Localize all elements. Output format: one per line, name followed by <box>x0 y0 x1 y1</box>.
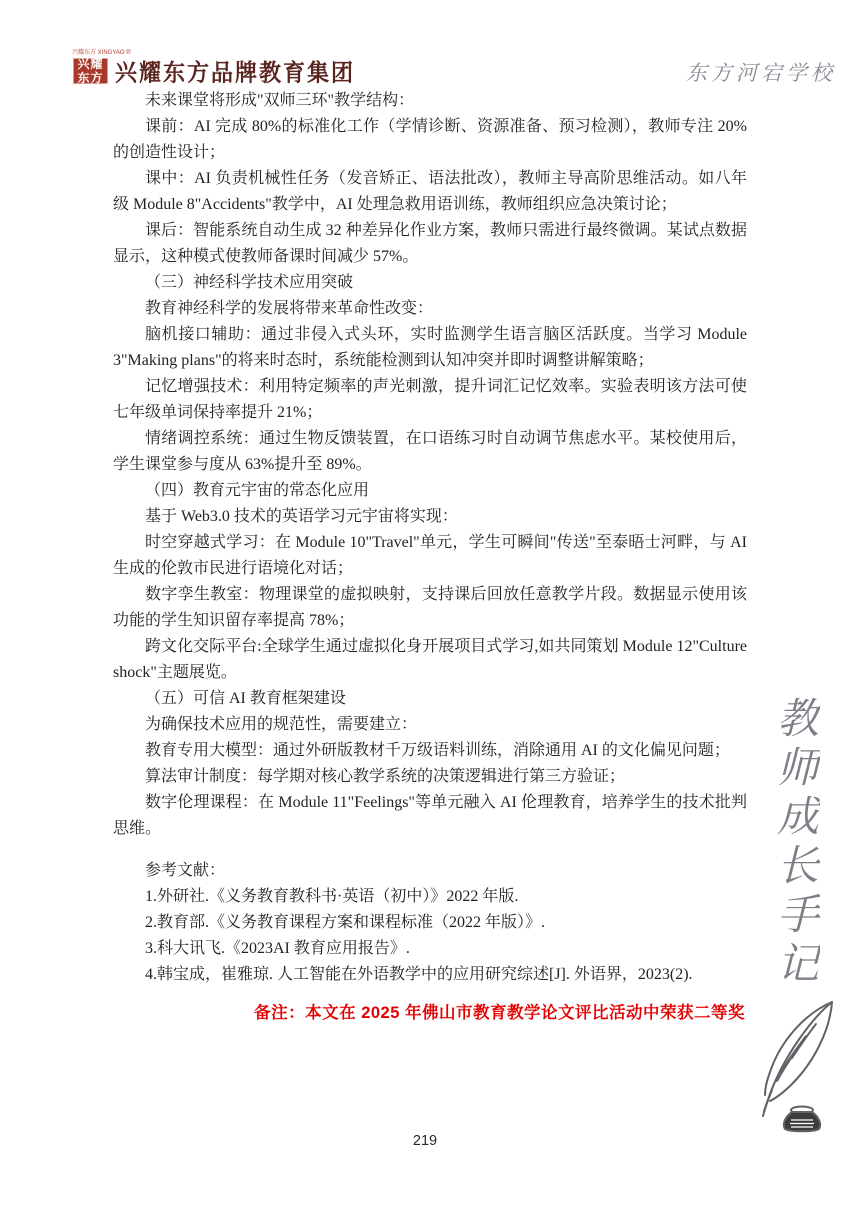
school-name: 东方河宕学校 <box>686 57 836 87</box>
body-paragraph: 基于 Web3.0 技术的英语学习元宇宙将实现： <box>113 504 747 530</box>
award-note: 备注：本文在 2025 年佛山市教育教学论文评比活动中荣获二等奖 <box>113 1000 747 1026</box>
body-paragraph: 时空穿越式学习：在 Module 10"Travel"单元，学生可瞬间"传送"至… <box>113 530 747 582</box>
reference-item: 3.科大讯飞.《2023AI 教育应用报告》. <box>113 936 747 962</box>
page-header: 兴耀东方 XINGYAO ® 兴耀 东方 兴耀东方品牌教育集团 东方河宕学校 <box>0 0 850 92</box>
body-paragraph: 教育专用大模型：通过外研版教材千万级语料训练，消除通用 AI 的文化偏见问题； <box>113 738 747 764</box>
body-paragraph: 跨文化交际平台:全球学生通过虚拟化身开展项目式学习,如共同策划 Module 1… <box>113 634 747 686</box>
section-heading: （三）神经科学技术应用突破 <box>113 270 747 296</box>
document-page: 兴耀东方 XINGYAO ® 兴耀 东方 兴耀东方品牌教育集团 东方河宕学校 未… <box>0 0 850 1205</box>
body-paragraph: 数字伦理课程：在 Module 11"Feelings"等单元融入 AI 伦理教… <box>113 790 747 842</box>
body-paragraph: 教育神经科学的发展将带来革命性改变： <box>113 296 747 322</box>
quill-pen-ink-icon <box>742 998 846 1143</box>
reference-item: 4.韩宝成，崔雅琼. 人工智能在外语教学中的应用研究综述[J]. 外语界，202… <box>113 962 747 988</box>
body-paragraph: 脑机接口辅助：通过非侵入式头环，实时监测学生语言脑区活跃度。当学习 Module… <box>113 322 747 374</box>
brand-title: 兴耀东方品牌教育集团 <box>115 55 355 88</box>
body-paragraph: 课中：AI 负责机械性任务（发音矫正、语法批改），教师主导高阶思维活动。如八年级… <box>113 166 747 218</box>
document-body: 未来课堂将形成"双师三环"教学结构： 课前：AI 完成 80%的标准化工作（学情… <box>113 88 747 1026</box>
reference-item: 2.教育部.《义务教育课程方案和课程标准（2022 年版）》. <box>113 910 747 936</box>
side-vertical-calligraphy: 教师成长手记 <box>768 696 822 996</box>
references-section: 参考文献： 1.外研社.《义务教育教科书·英语（初中）》2022 年版. 2.教… <box>113 858 747 988</box>
seal-line1: 兴耀 <box>72 57 109 71</box>
page-number: 219 <box>0 1133 850 1149</box>
body-paragraph: 情绪调控系统：通过生物反馈装置，在口语练习时自动调节焦虑水平。某校使用后，学生课… <box>113 426 747 478</box>
section-heading: （四）教育元宇宙的常态化应用 <box>113 478 747 504</box>
body-paragraph: 记忆增强技术：利用特定频率的声光刺激，提升词汇记忆效率。实验表明该方法可使七年级… <box>113 374 747 426</box>
body-paragraph: 课后：智能系统自动生成 32 种差异化作业方案，教师只需进行最终微调。某试点数据… <box>113 218 747 270</box>
reference-item: 1.外研社.《义务教育教科书·英语（初中）》2022 年版. <box>113 884 747 910</box>
seal-logo-icon: 兴耀 东方 <box>72 57 109 85</box>
seal-line2: 东方 <box>72 71 109 85</box>
brand-logo: 兴耀东方 XINGYAO ® 兴耀 东方 <box>72 50 114 85</box>
body-paragraph: 未来课堂将形成"双师三环"教学结构： <box>113 88 747 114</box>
body-paragraph: 数字孪生教室：物理课堂的虚拟映射，支持课后回放任意教学片段。数据显示使用该功能的… <box>113 582 747 634</box>
logo-small-text: 兴耀东方 XINGYAO ® <box>72 50 114 57</box>
section-heading: （五）可信 AI 教育框架建设 <box>113 686 747 712</box>
body-paragraph: 为确保技术应用的规范性，需要建立： <box>113 712 747 738</box>
references-title: 参考文献： <box>113 858 747 884</box>
body-paragraph: 算法审计制度：每学期对核心教学系统的决策逻辑进行第三方验证； <box>113 764 747 790</box>
body-paragraph: 课前：AI 完成 80%的标准化工作（学情诊断、资源准备、预习检测），教师专注 … <box>113 114 747 166</box>
